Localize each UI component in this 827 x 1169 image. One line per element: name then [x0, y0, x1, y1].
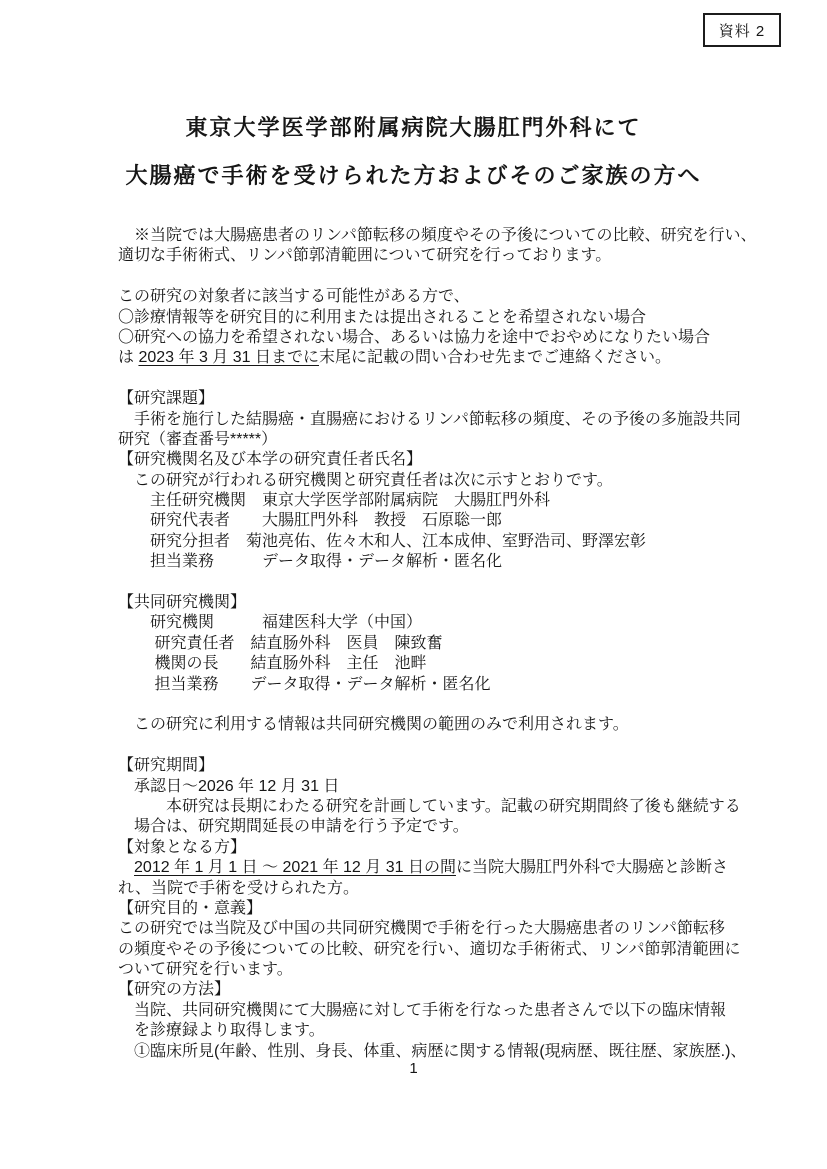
blank-line — [118, 267, 798, 287]
body-line: 【研究の方法】 — [118, 980, 798, 1000]
text-segment: 研究機関 福建医科大学（中国） — [118, 614, 422, 631]
text-segment: 〇研究への協力を希望されない場合、あるいは協力を途中でおやめになりたい場合 — [118, 329, 710, 346]
text-segment: 結直肠外科 — [250, 655, 330, 672]
body-line: 〇診療情報等を研究目的に利用または提出されることを希望されない場合 — [118, 308, 798, 328]
body-line: 〇研究への協力を希望されない場合、あるいは協力を途中でおやめになりたい場合 — [118, 328, 798, 348]
text-segment: この研究の対象者に該当する可能性がある方で、 — [118, 288, 470, 305]
text-segment: 研究代表者 大腸肛門外科 教授 石原聡一郎 — [118, 512, 502, 529]
text-segment: 【共同研究機関】 — [118, 594, 246, 611]
text-segment: れ、当院で手術を受けられた方。 — [118, 880, 359, 897]
doc-label-box: 資料 2 — [703, 13, 781, 47]
body-line: 機関の長 結直肠外科 主任 池畔 — [118, 654, 798, 674]
body-line: れ、当院で手術を受けられた方。 — [118, 879, 798, 899]
text-segment: 【対象となる方】 — [118, 839, 246, 856]
blank-line — [118, 573, 798, 593]
text-segment: 【研究課題】 — [118, 390, 214, 407]
text-segment: の頻度やその予後についての比較、研究を行い、適切な手術術式、リンパ節郭清範囲に — [118, 941, 741, 958]
body-line: 本研究は長期にわたる研究を計画しています。記載の研究期間終了後も継続する — [118, 797, 798, 817]
text-segment: 手術を施行した結腸癌・直腸癌におけるリンパ節転移の頻度、その予後の多施設共同 — [118, 411, 741, 428]
body-line: ①臨床所見(年齢、性別、身長、体重、病歴に関する情報(現病歴、既往歴、家族歴.)… — [118, 1042, 798, 1062]
text-segment: 本研究は長期にわたる研究を計画しています。記載の研究期間終了後も継続する — [118, 798, 741, 815]
document-page: 資料 2 東京大学医学部附属病院大腸肛門外科にて 大腸癌で手術を受けられた方およ… — [0, 0, 827, 1169]
text-segment: 〇診療情報等を研究目的に利用または提出されることを希望されない場合 — [118, 309, 646, 326]
underlined-text: 2012 年 1 月 1 日 ～ 2021 年 12 月 31 日の間 — [134, 859, 456, 876]
text-segment: 機関の長 — [118, 655, 250, 672]
text-segment: 【研究期間】 — [118, 757, 214, 774]
body-line: この研究が行われる研究機関と研究責任者は次に示すとおりです。 — [118, 471, 798, 491]
body-line: 適切な手術術式、リンパ節郭清範囲について研究を行っております。 — [118, 246, 798, 266]
text-segment: 適切な手術術式、リンパ節郭清範囲について研究を行っております。 — [118, 247, 611, 264]
body-line: ついて研究を行います。 — [118, 960, 798, 980]
body-line: この研究では当院及び中国の共同研究機関で手術を行った大腸癌患者のリンパ節転移 — [118, 919, 798, 939]
blank-line — [118, 695, 798, 715]
body-line: 研究機関 福建医科大学（中国） — [118, 613, 798, 633]
doc-label: 資料 2 — [719, 20, 766, 41]
text-segment — [118, 859, 134, 876]
title-line-2: 大腸癌で手術を受けられた方およびそのご家族の方へ — [0, 162, 827, 189]
blank-line — [118, 369, 798, 389]
body-line: 【対象となる方】 — [118, 838, 798, 858]
text-segment: 結直肠外科 — [250, 635, 330, 652]
body-line: ※当院では大腸癌患者のリンパ節転移の頻度やその予後についての比較、研究を行い、 — [118, 226, 798, 246]
body-line: 研究代表者 大腸肛門外科 教授 石原聡一郎 — [118, 511, 798, 531]
body-line: 当院、共同研究機関にて大腸癌に対して手術を行なった患者さんで以下の臨床情報 — [118, 1001, 798, 1021]
text-segment: この研究に利用する情報は共同研究機関の範囲のみで利用されます。 — [118, 716, 629, 733]
body-line: 主任研究機関 東京大学医学部附属病院 大腸肛門外科 — [118, 491, 798, 511]
text-segment: 【研究目的・意義】 — [118, 900, 262, 917]
text-segment: 主任研究機関 東京大学医学部附属病院 大腸肛門外科 — [118, 492, 550, 509]
text-segment: 当院、共同研究機関にて大腸癌に対して手術を行なった患者さんで以下の臨床情報 — [118, 1002, 726, 1019]
text-segment: 医員 陳致奮 — [330, 635, 442, 652]
text-segment: 担当業務 データ取得・データ解析・匿名化 — [118, 676, 490, 693]
text-segment: 【研究の方法】 — [118, 981, 230, 998]
text-segment: は — [118, 349, 138, 366]
blank-line — [118, 736, 798, 756]
body-line: 担当業務 データ取得・データ解析・匿名化 — [118, 552, 798, 572]
body-line: 研究（審査番号*****） — [118, 430, 798, 450]
page-number: 1 — [0, 1060, 827, 1077]
body-line: 手術を施行した結腸癌・直腸癌におけるリンパ節転移の頻度、その予後の多施設共同 — [118, 410, 798, 430]
text-segment: ①臨床所見(年齢、性別、身長、体重、病歴に関する情報(現病歴、既往歴、家族歴.)… — [118, 1043, 746, 1060]
text-segment: に当院大腸肛門外科で大腸癌と診断さ — [456, 859, 728, 876]
body-line: の頻度やその予後についての比較、研究を行い、適切な手術術式、リンパ節郭清範囲に — [118, 940, 798, 960]
underlined-text: 2023 年 3 月 31 日までに — [138, 349, 319, 366]
text-segment: 研究責任者 — [118, 635, 250, 652]
body-line: は 2023 年 3 月 31 日までに末尾に記載の問い合わせ先までご連絡くださ… — [118, 348, 798, 368]
text-segment: 研究分担者 菊池亮佑、佐々木和人、江本成伸、室野浩司、野澤宏彰 — [118, 533, 646, 550]
body-line: 【共同研究機関】 — [118, 593, 798, 613]
body-line: 担当業務 データ取得・データ解析・匿名化 — [118, 675, 798, 695]
body-lines: ※当院では大腸癌患者のリンパ節転移の頻度やその予後についての比較、研究を行い、適… — [118, 226, 798, 1062]
body-line: 2012 年 1 月 1 日 ～ 2021 年 12 月 31 日の間に当院大腸… — [118, 858, 798, 878]
text-segment: 場合は、研究期間延長の申請を行う予定です。 — [118, 818, 469, 835]
body-line: を診療録より取得します。 — [118, 1021, 798, 1041]
body-line: 場合は、研究期間延長の申請を行う予定です。 — [118, 817, 798, 837]
body-line: 承認日～2026 年 12 月 31 日 — [118, 777, 798, 797]
text-segment: 担当業務 データ取得・データ解析・匿名化 — [118, 553, 502, 570]
body-line: この研究の対象者に該当する可能性がある方で、 — [118, 287, 798, 307]
body-line: 【研究機関名及び本学の研究責任者氏名】 — [118, 450, 798, 470]
text-segment: を診療録より取得します。 — [118, 1022, 325, 1039]
text-segment: 【研究機関名及び本学の研究責任者氏名】 — [118, 451, 422, 468]
text-segment: この研究では当院及び中国の共同研究機関で手術を行った大腸癌患者のリンパ節転移 — [118, 920, 725, 937]
title-line-1: 東京大学医学部附属病院大腸肛門外科にて — [0, 114, 827, 141]
text-segment: 末尾に記載の問い合わせ先までご連絡ください。 — [319, 349, 671, 366]
text-segment: 研究（審査番号*****） — [118, 431, 277, 448]
text-segment: この研究が行われる研究機関と研究責任者は次に示すとおりです。 — [118, 472, 613, 489]
document-title: 東京大学医学部附属病院大腸肛門外科にて 大腸癌で手術を受けられた方およびそのご家… — [0, 114, 827, 189]
body-line: 研究分担者 菊池亮佑、佐々木和人、江本成伸、室野浩司、野澤宏彰 — [118, 532, 798, 552]
body-line: 【研究課題】 — [118, 389, 798, 409]
text-segment: 承認日～2026 年 12 月 31 日 — [118, 778, 339, 795]
body-line: 【研究期間】 — [118, 756, 798, 776]
text-segment: ※当院では大腸癌患者のリンパ節転移の頻度やその予後についての比較、研究を行い、 — [118, 227, 757, 244]
text-segment: 主任 池畔 — [330, 655, 426, 672]
body-line: 研究責任者 結直肠外科 医員 陳致奮 — [118, 634, 798, 654]
body-line: この研究に利用する情報は共同研究機関の範囲のみで利用されます。 — [118, 715, 798, 735]
text-segment: ついて研究を行います。 — [118, 961, 293, 978]
body-line: 【研究目的・意義】 — [118, 899, 798, 919]
